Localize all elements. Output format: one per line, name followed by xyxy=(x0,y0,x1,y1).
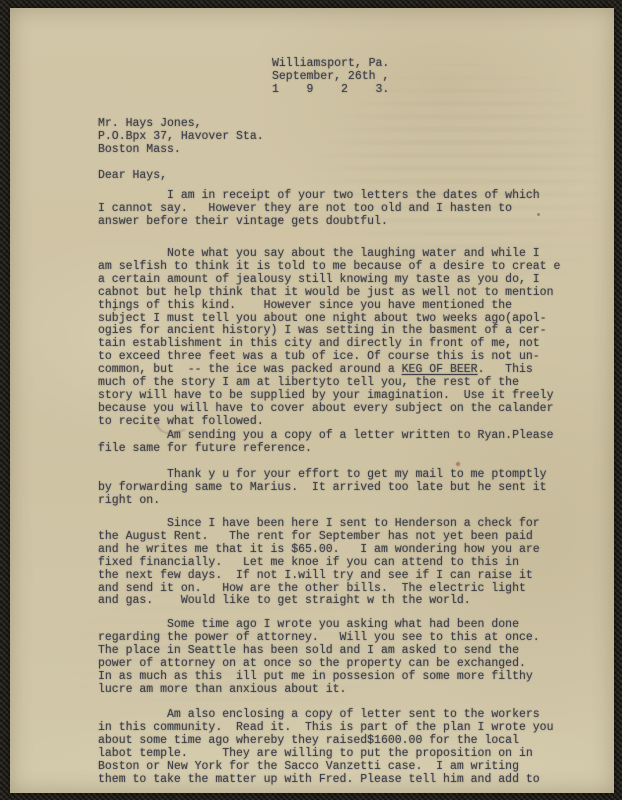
paragraph: Since I have been here I sent to Henders… xyxy=(98,518,540,608)
dateline-year: 1 9 2 3. xyxy=(272,84,389,97)
recipient-name: Mr. Hays Jones, xyxy=(98,118,264,131)
recipient-address: Mr. Hays Jones,P.O.Bpx 37, Havover Sta.B… xyxy=(98,118,264,157)
dateline-date: September, 26th , xyxy=(272,71,389,84)
dateline-city: Williamsport, Pa. xyxy=(272,58,389,71)
paragraph: Some time ago I wrote you asking what ha… xyxy=(98,619,540,696)
letterhead-dateline: Williamsport, Pa.September, 26th ,1 9 2 … xyxy=(272,58,389,97)
photo-backdrop: Williamsport, Pa.September, 26th ,1 9 2 … xyxy=(0,0,622,800)
recipient-street: P.O.Bpx 37, Havover Sta. xyxy=(98,131,264,144)
recipient-city: Boston Mass. xyxy=(98,144,264,157)
letter-page: Williamsport, Pa.September, 26th ,1 9 2 … xyxy=(10,8,614,793)
paragraph: Am sending you a copy of a letter writte… xyxy=(98,430,553,456)
underlined-phrase: KEG OF BEER xyxy=(402,363,478,376)
paragraph: Note what you say about the laughing wat… xyxy=(98,248,560,429)
paragraph: Am also enclosing a copy of letter sent … xyxy=(98,709,553,786)
ink-speck xyxy=(456,462,460,466)
paragraph: Thank y u for your effort to get my mail… xyxy=(98,469,547,508)
salutation: Dear Hays, xyxy=(98,170,167,183)
paragraph: I am in receipt of your two letters the … xyxy=(98,190,540,229)
